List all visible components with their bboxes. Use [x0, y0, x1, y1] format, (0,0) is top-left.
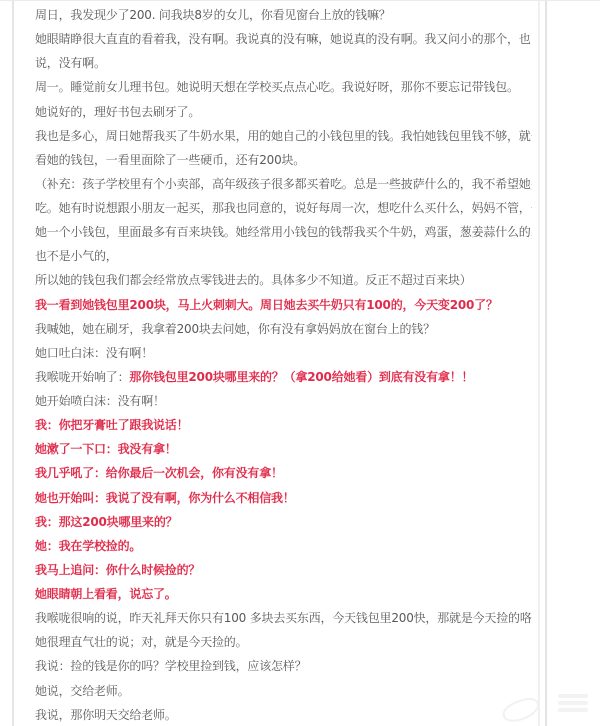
post-text: 她眼睛睁很大直直的看着我，没有啊。我说真的没有嘛，她说真的没有啊。我又问小的那个… — [35, 32, 531, 46]
post-line: 我：那这200块哪里来的？ — [35, 510, 532, 534]
watermark-lines-icon — [558, 694, 588, 698]
post-text: 我喉咙很响的说，昨天礼拜天你只有100 多块去买东西，今天钱包里200快，那就是… — [35, 611, 532, 625]
post-line: 看她的钱包，一看里面除了一些硬币，还有200块。 — [35, 148, 532, 172]
post-text: 我喉咙开始响了： — [35, 370, 129, 384]
post-line: 她漱了一下口：我没有拿！ — [35, 437, 532, 461]
post-text: 她一个小钱包，里面最多有百来块钱。她经常用小钱包的钱帮我买个牛奶，鸡蛋，葱姜蒜什… — [35, 225, 532, 239]
post-text: 也不是小气的， — [35, 249, 118, 263]
post-line: 她开始喷白沫：没有啊！ — [35, 389, 532, 413]
post-text-red: 我：你把牙膏吐了跟我说话！ — [35, 418, 188, 432]
post-line: 她口吐白沫：没有啊！ — [35, 341, 532, 365]
post-text-red: 她也开始叫：我说了没有啊，你为什么不相信我！ — [35, 491, 295, 505]
post-line: 她眼睛朝上看看，说忘了。 — [35, 582, 532, 606]
post-line: 她很理直气壮的说；对，就是今天捡的。 — [35, 630, 532, 654]
post-line: （补充：孩子学校里有个小卖部，高年级孩子很多都买着吃。总是一些披萨什么的，我不希… — [35, 172, 532, 196]
post-line: 周一。睡觉前女儿理书包。她说明天想在学校买点点心吃。我说好呀，那你不要忘记带钱包… — [35, 75, 532, 99]
post-line: 我一看到她钱包里200块，马上火刺刺大。周日她去买牛奶只有100的，今天变200… — [35, 293, 532, 317]
post-text-red: 我一看到她钱包里200块，马上火刺刺大。周日她去买牛奶只有100的，今天变200… — [35, 298, 498, 312]
post-body: 周日，我发现少了200. 问我块8岁的女儿，你看见窗台上放的钱嘛？她眼睛睁很大直… — [35, 3, 532, 726]
post-text: 吃。她有时说想跟小朋友一起买，那我也同意的，说好每周一次，想吃什么买什么，妈妈不… — [35, 201, 532, 215]
post-line: 我说：捡的钱是你的吗？学校里捡到钱，应该怎样？ — [35, 654, 532, 678]
post-text: 她口吐白沫：没有啊！ — [35, 346, 153, 360]
post-text: 我说，那你明天交给老师。 — [35, 708, 177, 722]
post-line: 所以她的钱包我们都会经常放点零钱进去的。具体多少不知道。反正不超过百来块） — [35, 268, 532, 292]
post-text-red: 那你钱包里200块哪里来的？（拿200给她看）到底有没有拿！！ — [129, 370, 473, 384]
right-page-divider — [545, 1, 547, 726]
post-line: 她一个小钱包，里面最多有百来块钱。她经常用小钱包的钱帮我买个牛奶，鸡蛋，葱姜蒜什… — [35, 220, 532, 244]
post-line: 我马上追问：你什么时候捡的？ — [35, 558, 532, 582]
post-line: 也不是小气的， — [35, 244, 532, 268]
post-line: 我喉咙很响的说，昨天礼拜天你只有100 多块去买东西，今天钱包里200快，那就是… — [35, 606, 532, 630]
post-line: 我也是多心，周日她帮我买了牛奶水果，用的她自己的小钱包里的钱。我怕她钱包里钱不够… — [35, 124, 532, 148]
post-line: 吃。她有时说想跟小朋友一起买，那我也同意的，说好每周一次，想吃什么买什么，妈妈不… — [35, 196, 532, 220]
post-text: 我也是多心，周日她帮我买了牛奶水果，用的她自己的小钱包里的钱。我怕她钱包里钱不够… — [35, 129, 532, 143]
post-text-red: 我马上追问：你什么时候捡的？ — [35, 563, 200, 577]
post-line: 她：我在学校捡的。 — [35, 534, 532, 558]
post-line: 我：你把牙膏吐了跟我说话！ — [35, 413, 532, 437]
post-text: 她说好的，理好书包去刷牙了。 — [35, 105, 200, 119]
post-text-red: 她漱了一下口：我没有拿！ — [35, 442, 177, 456]
post-text: 我说：捡的钱是你的吗？学校里捡到钱，应该怎样？ — [35, 659, 306, 673]
post-text-red: 我：那这200块哪里来的？ — [35, 515, 177, 529]
post-text: 她很理直气壮的说；对，就是今天捡的。 — [35, 635, 247, 649]
post-line: 周日，我发现少了200. 问我块8岁的女儿，你看见窗台上放的钱嘛？ — [35, 3, 532, 27]
post-text: 周一。睡觉前女儿理书包。她说明天想在学校买点点心吃。我说好呀，那你不要忘记带钱包… — [35, 80, 519, 94]
post-line: 我喉咙开始响了：那你钱包里200块哪里来的？（拿200给她看）到底有没有拿！！ — [35, 365, 532, 389]
post-line: 她说好的，理好书包去刷牙了。 — [35, 100, 532, 124]
post-line: 我喊她，她在刷牙，我拿着200块去问她，你有没有拿妈妈放在窗台上的钱？ — [35, 317, 532, 341]
post-text: （补充：孩子学校里有个小卖部，高年级孩子很多都买着吃。总是一些披萨什么的，我不希… — [35, 177, 532, 191]
post-text: 所以她的钱包我们都会经常放点零钱进去的。具体多少不知道。反正不超过百来块） — [35, 273, 472, 287]
post-text: 周日，我发现少了200. 问我块8岁的女儿，你看见窗台上放的钱嘛？ — [35, 8, 391, 22]
post-text-red: 我几乎吼了：给你最后一次机会，你有没有拿！ — [35, 466, 283, 480]
page-viewport: 周日，我发现少了200. 问我块8岁的女儿，你看见窗台上放的钱嘛？她眼睛睁很大直… — [0, 0, 600, 726]
post-text: 看她的钱包，一看里面除了一些硬币，还有200块。 — [35, 153, 305, 167]
post-line: 她也开始叫：我说了没有啊，你为什么不相信我！ — [35, 486, 532, 510]
post-text: 她开始喷白沫：没有啊！ — [35, 394, 165, 408]
post-text: 说，没有啊。 — [35, 56, 106, 70]
post-content-panel: 周日，我发现少了200. 问我块8岁的女儿，你看见窗台上放的钱嘛？她眼睛睁很大直… — [12, 1, 540, 726]
post-line: 她说，交给老师。 — [35, 679, 532, 703]
post-line: 她眼睛睁很大直直的看着我，没有啊。我说真的没有嘛，她说真的没有啊。我又问小的那个… — [35, 27, 532, 51]
post-text-red: 她眼睛朝上看看，说忘了。 — [35, 587, 177, 601]
post-text: 她说，交给老师。 — [35, 684, 129, 698]
post-line: 我说，那你明天交给老师。 — [35, 703, 532, 726]
post-text-red: 她：我在学校捡的。 — [35, 539, 141, 553]
post-line: 我几乎吼了：给你最后一次机会，你有没有拿！ — [35, 461, 532, 485]
post-line: 说，没有啊。 — [35, 51, 532, 75]
post-text: 我喊她，她在刷牙，我拿着200块去问她，你有没有拿妈妈放在窗台上的钱？ — [35, 322, 435, 336]
